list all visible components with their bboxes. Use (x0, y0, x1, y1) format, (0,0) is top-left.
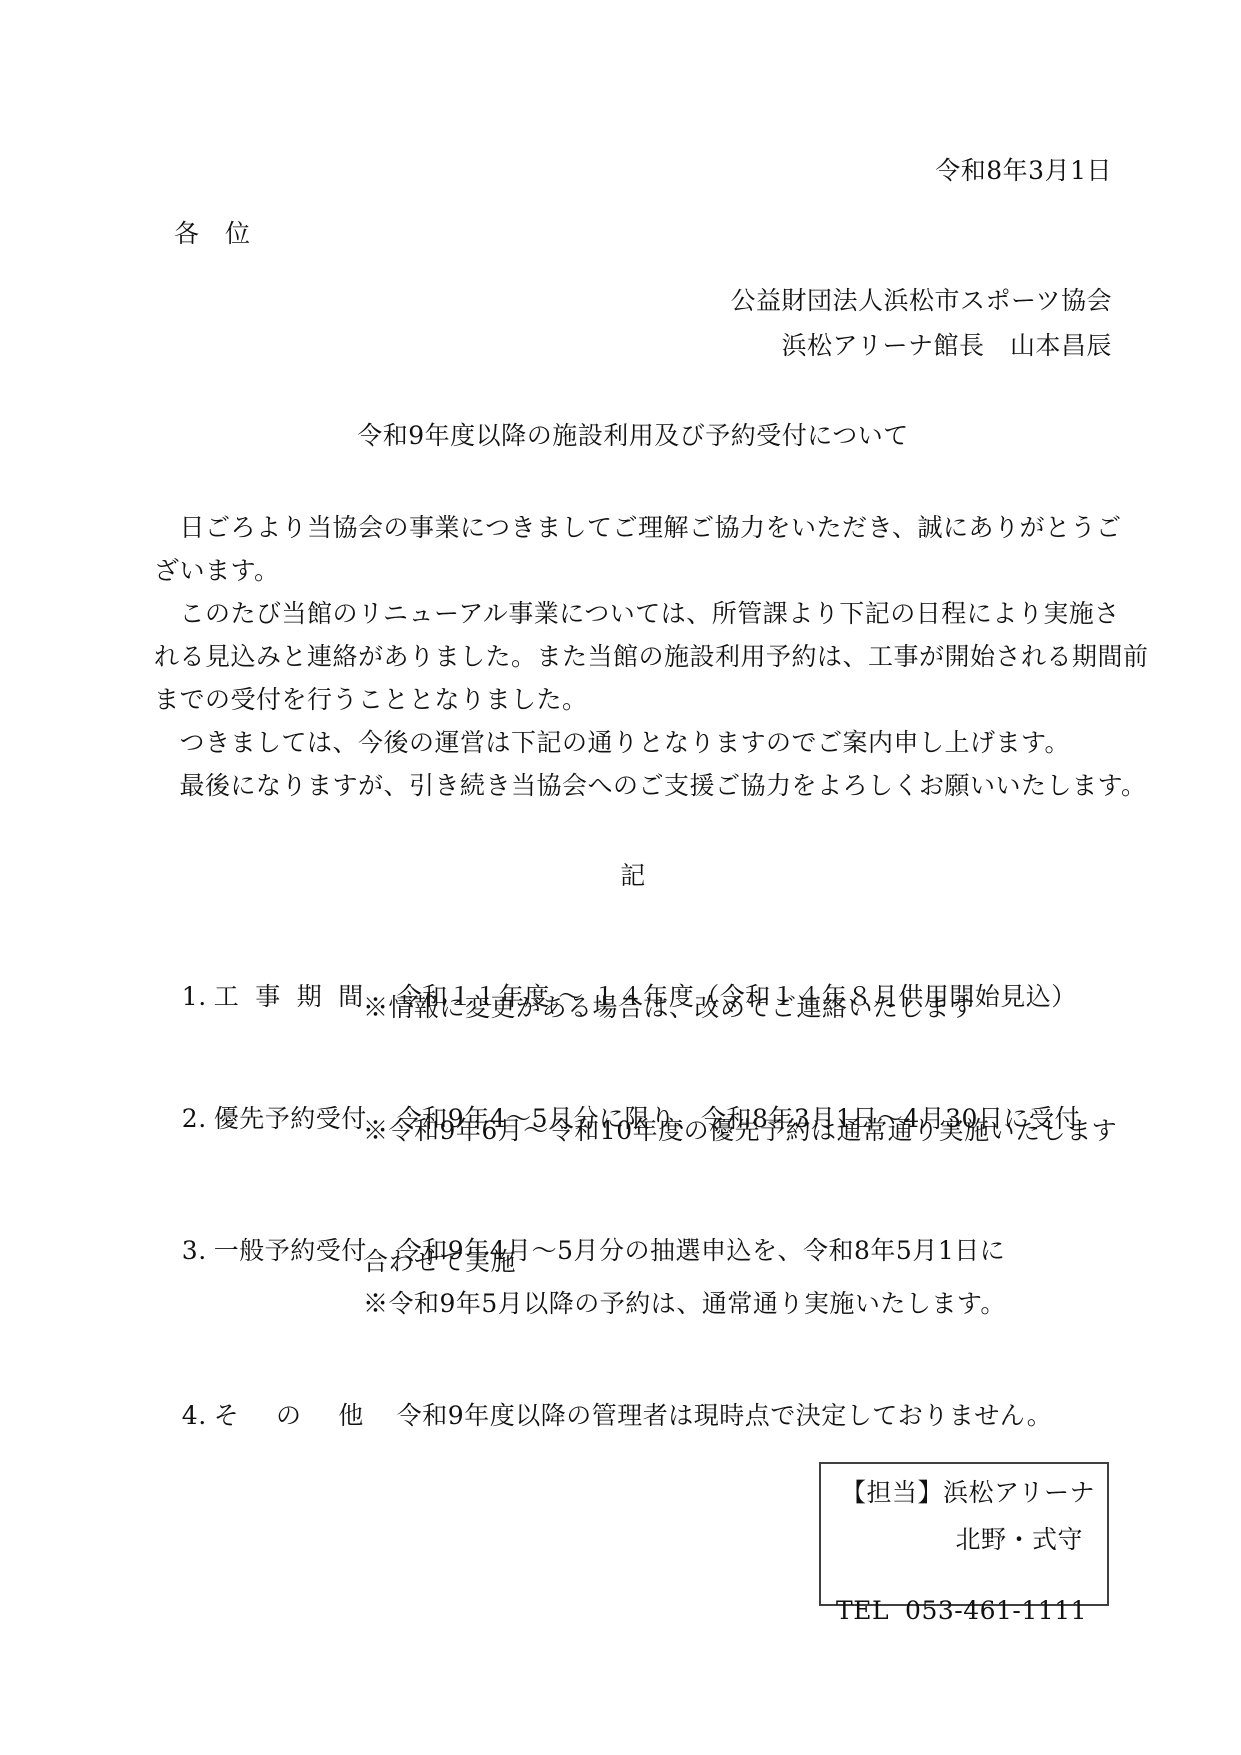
body-line: 最後になりますが、引き続き当協会へのご支援ご協力をよろしくお願いいたします。 (154, 770, 1147, 801)
document-page: 令和8年3月1日 各 位 公益財団法人浜松市スポーツ協会 浜松アリーナ館長 山本… (0, 0, 1241, 1755)
sender-org: 公益財団法人浜松市スポーツ協会 (154, 285, 1112, 316)
tel-label: TEL (836, 1596, 889, 1625)
item-row: 3.一般予約受付令和9年4月～5月分の抽選申込を、令和8年5月1日に (148, 1204, 1005, 1297)
doc-title: 令和9年度以降の施設利用及び予約受付について (154, 420, 1112, 451)
item-label: 工事期間 (214, 981, 364, 1012)
body-line: つきましては、今後の運営は下記の通りとなりますのでご案内申し上げます。 (154, 727, 1070, 758)
contact-box: 【担当】浜松アリーナ 北野・式守 TEL053-461-1111 (819, 1462, 1109, 1606)
body-line: ざいます。 (154, 555, 280, 586)
contact-tel-line: TEL053-461-1111 (785, 1566, 1087, 1656)
item-note: ※情報に変更がある場合は、改めてご連絡いたします (363, 992, 975, 1023)
contact-department-line: 【担当】浜松アリーナ (841, 1478, 1095, 1508)
item-text-continuation: 合わせて実施 (363, 1246, 516, 1277)
item-label: その他 (214, 1400, 364, 1431)
date-line: 令和8年3月1日 (154, 155, 1112, 186)
item-number: 1. (182, 981, 214, 1012)
recipient: 各 位 (174, 218, 251, 249)
tel-number: 053-461-1111 (905, 1596, 1087, 1625)
body-line: までの受付を行うこととなりました。 (154, 684, 588, 715)
item-label: 優先予約受付 (214, 1103, 364, 1134)
item-text: 令和9年度以降の管理者は現時点で決定しておりません。 (397, 1401, 1052, 1430)
item-number: 2. (182, 1103, 214, 1134)
body-line: 日ごろより当協会の事業につきましてご理解ご協力をいただき、誠にありがとうご (154, 512, 1122, 543)
item-label: 一般予約受付 (214, 1235, 364, 1266)
contact-names-line: 北野・式守 (955, 1525, 1083, 1555)
item-number: 3. (182, 1235, 214, 1266)
item-row: 4.その他令和9年度以降の管理者は現時点で決定しておりません。 (148, 1369, 1052, 1462)
item-number: 4. (182, 1400, 214, 1431)
sender-person: 浜松アリーナ館長 山本昌辰 (154, 330, 1112, 361)
body-line: れる見込みと連絡がありました。また当館の施設利用予約は、工事が開始される期間前 (154, 641, 1149, 672)
item-note: ※令和9年6月～令和10年度の優先予約は通常通り実施いたします (363, 1115, 1117, 1146)
body-line: このたび当館のリニューアル事業については、所管課より下記の日程により実施さ (154, 598, 1120, 629)
ki-marker: 記 (154, 860, 1112, 891)
item-note: ※令和9年5月以降の予約は、通常通り実施いたします。 (363, 1288, 1006, 1319)
